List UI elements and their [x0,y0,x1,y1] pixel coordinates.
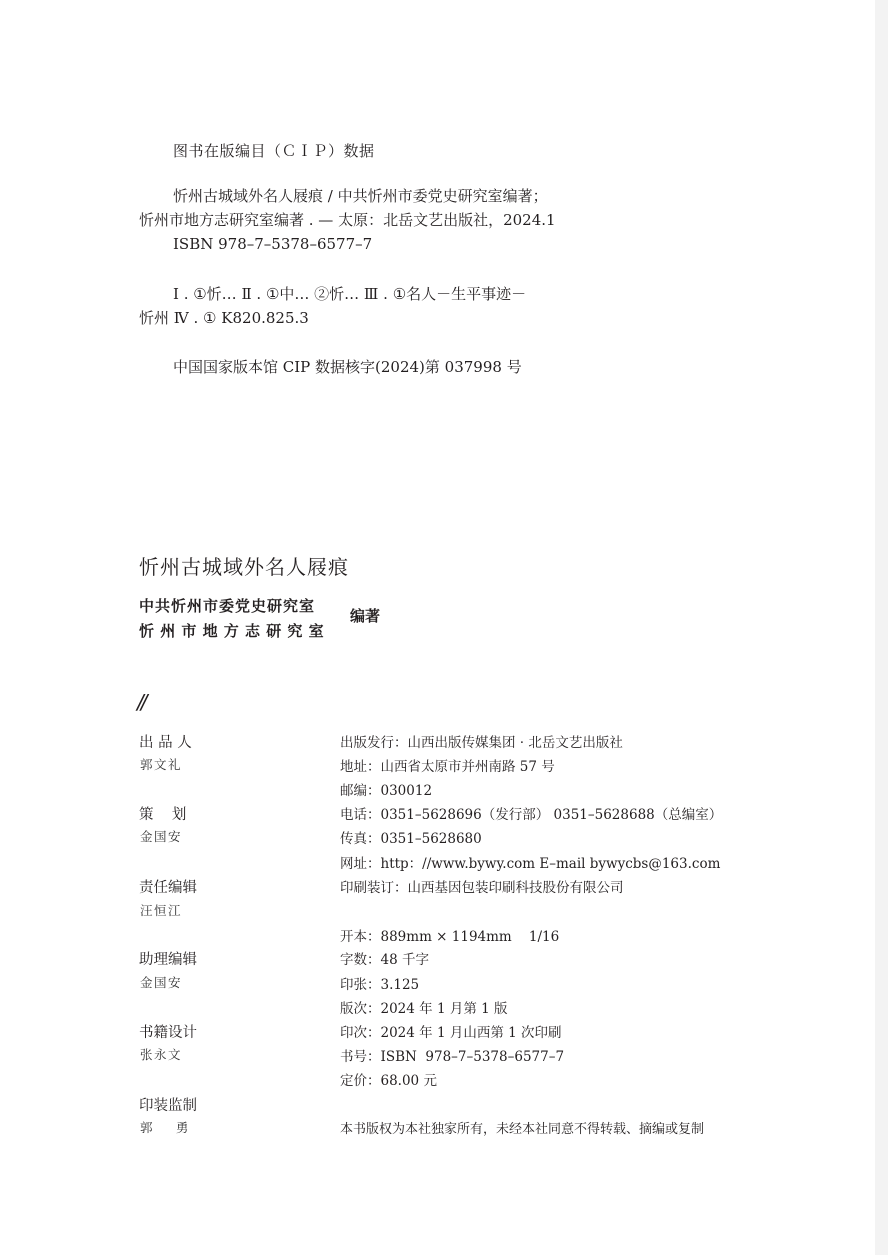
cip-line-record-number: 中国国家版本馆 CIP 数据核字(2024)第 037998 号 [173,355,522,379]
book-title: 忻州古城域外名人屐痕 [139,551,349,580]
info-label: 出版发行 [340,735,394,751]
cip-heading: 图书在版编目（ＣＩＰ）数据 [173,140,375,161]
cip-line-publisher: 忻州市地方志研究室编著 . — 太原：北岳文艺出版社，2024.1 [139,208,556,232]
credit-role-producer: 出 品 人 [139,731,192,752]
page-edge-strip [875,0,888,1255]
credit-person-assistant-editor: 金国安 [140,973,182,991]
cip-line-classification-cont: 忻州 Ⅳ . ① K820.825.3 [139,306,309,330]
info-value: 山西出版传媒集团 · 北岳文艺出版社 [408,735,623,751]
info-row-printer: 印刷装订：山西基因包装印刷科技股份有限公司 [340,876,624,896]
info-row-isbn: 书号：ISBN 978–7–5378–6577–7 [340,1045,564,1065]
info-value: 68.00 元 [381,1073,437,1089]
credit-person-book-design: 张永文 [140,1045,182,1063]
credit-person-producer: 郭文礼 [140,755,182,773]
double-slash-divider: // [137,690,144,714]
info-row-edition: 版次：2024 年 1 月第 1 版 [340,997,508,1017]
info-value: 2024 年 1 月第 1 版 [381,1001,508,1017]
info-value: 889mm × 1194mm 1/16 [381,929,560,945]
info-value: 48 千字 [381,952,429,968]
info-value: ISBN 978–7–5378–6577–7 [381,1049,565,1065]
credit-person-editor: 汪恒江 [140,901,182,919]
info-value: 山西基因包装印刷科技股份有限公司 [408,880,624,896]
author-role: 编著 [350,605,380,626]
credit-role-planning: 策 划 [139,803,186,824]
info-row-publisher: 出版发行：山西出版传媒集团 · 北岳文艺出版社 [340,731,623,751]
credit-role-editor: 责任编辑 [139,876,197,897]
info-value: 2024 年 1 月山西第 1 次印刷 [381,1025,562,1041]
info-value: http：//www.bywy.com E–mail bywycbs@163.c… [381,856,721,872]
credit-person-print-supervision: 郭 勇 [140,1118,190,1136]
cip-line-classification: Ⅰ . ①忻… Ⅱ . ①中… ②忻… Ⅲ . ①名人－生平事迹－ [173,282,526,306]
info-row-sheets: 印张：3.125 [340,973,419,993]
info-row-website: 网址：http：//www.bywy.com E–mail bywycbs@16… [340,852,720,872]
info-value: 山西省太原市并州南路 57 号 [381,759,555,775]
info-row-postcode: 邮编：030012 [340,779,432,799]
info-row-printing: 印次：2024 年 1 月山西第 1 次印刷 [340,1021,562,1041]
info-row-address: 地址：山西省太原市并州南路 57 号 [340,755,555,775]
credit-role-print-supervision: 印装监制 [139,1094,197,1115]
info-row-price: 定价：68.00 元 [340,1069,437,1089]
copyright-notice: 本书版权为本社独家所有，未经本社同意不得转载、摘编或复制 [340,1118,704,1137]
credit-person-planning: 金国安 [140,827,182,845]
info-value: 030012 [381,783,433,799]
info-row-word-count: 字数：48 千字 [340,948,429,968]
credit-role-assistant-editor: 助理编辑 [139,948,197,969]
cip-line-isbn: ISBN 978–7–5378–6577–7 [173,232,372,256]
credit-role-book-design: 书籍设计 [139,1021,197,1042]
info-row-format: 开本：889mm × 1194mm 1/16 [340,925,559,945]
info-value: 3.125 [381,977,420,993]
info-value: 0351–5628680 [381,831,482,847]
author-org-1: 中共忻州市委党史研究室 [139,595,315,616]
cip-line-title: 忻州古城域外名人屐痕 / 中共忻州市委党史研究室编著； [173,184,548,208]
info-value: 0351–5628696（发行部） 0351–5628688（总编室） [381,807,723,823]
info-row-fax: 传真：0351–5628680 [340,827,482,847]
author-org-2: 忻州市地方志研究室 [139,620,330,641]
info-row-phone: 电话：0351–5628696（发行部） 0351–5628688（总编室） [340,803,722,823]
